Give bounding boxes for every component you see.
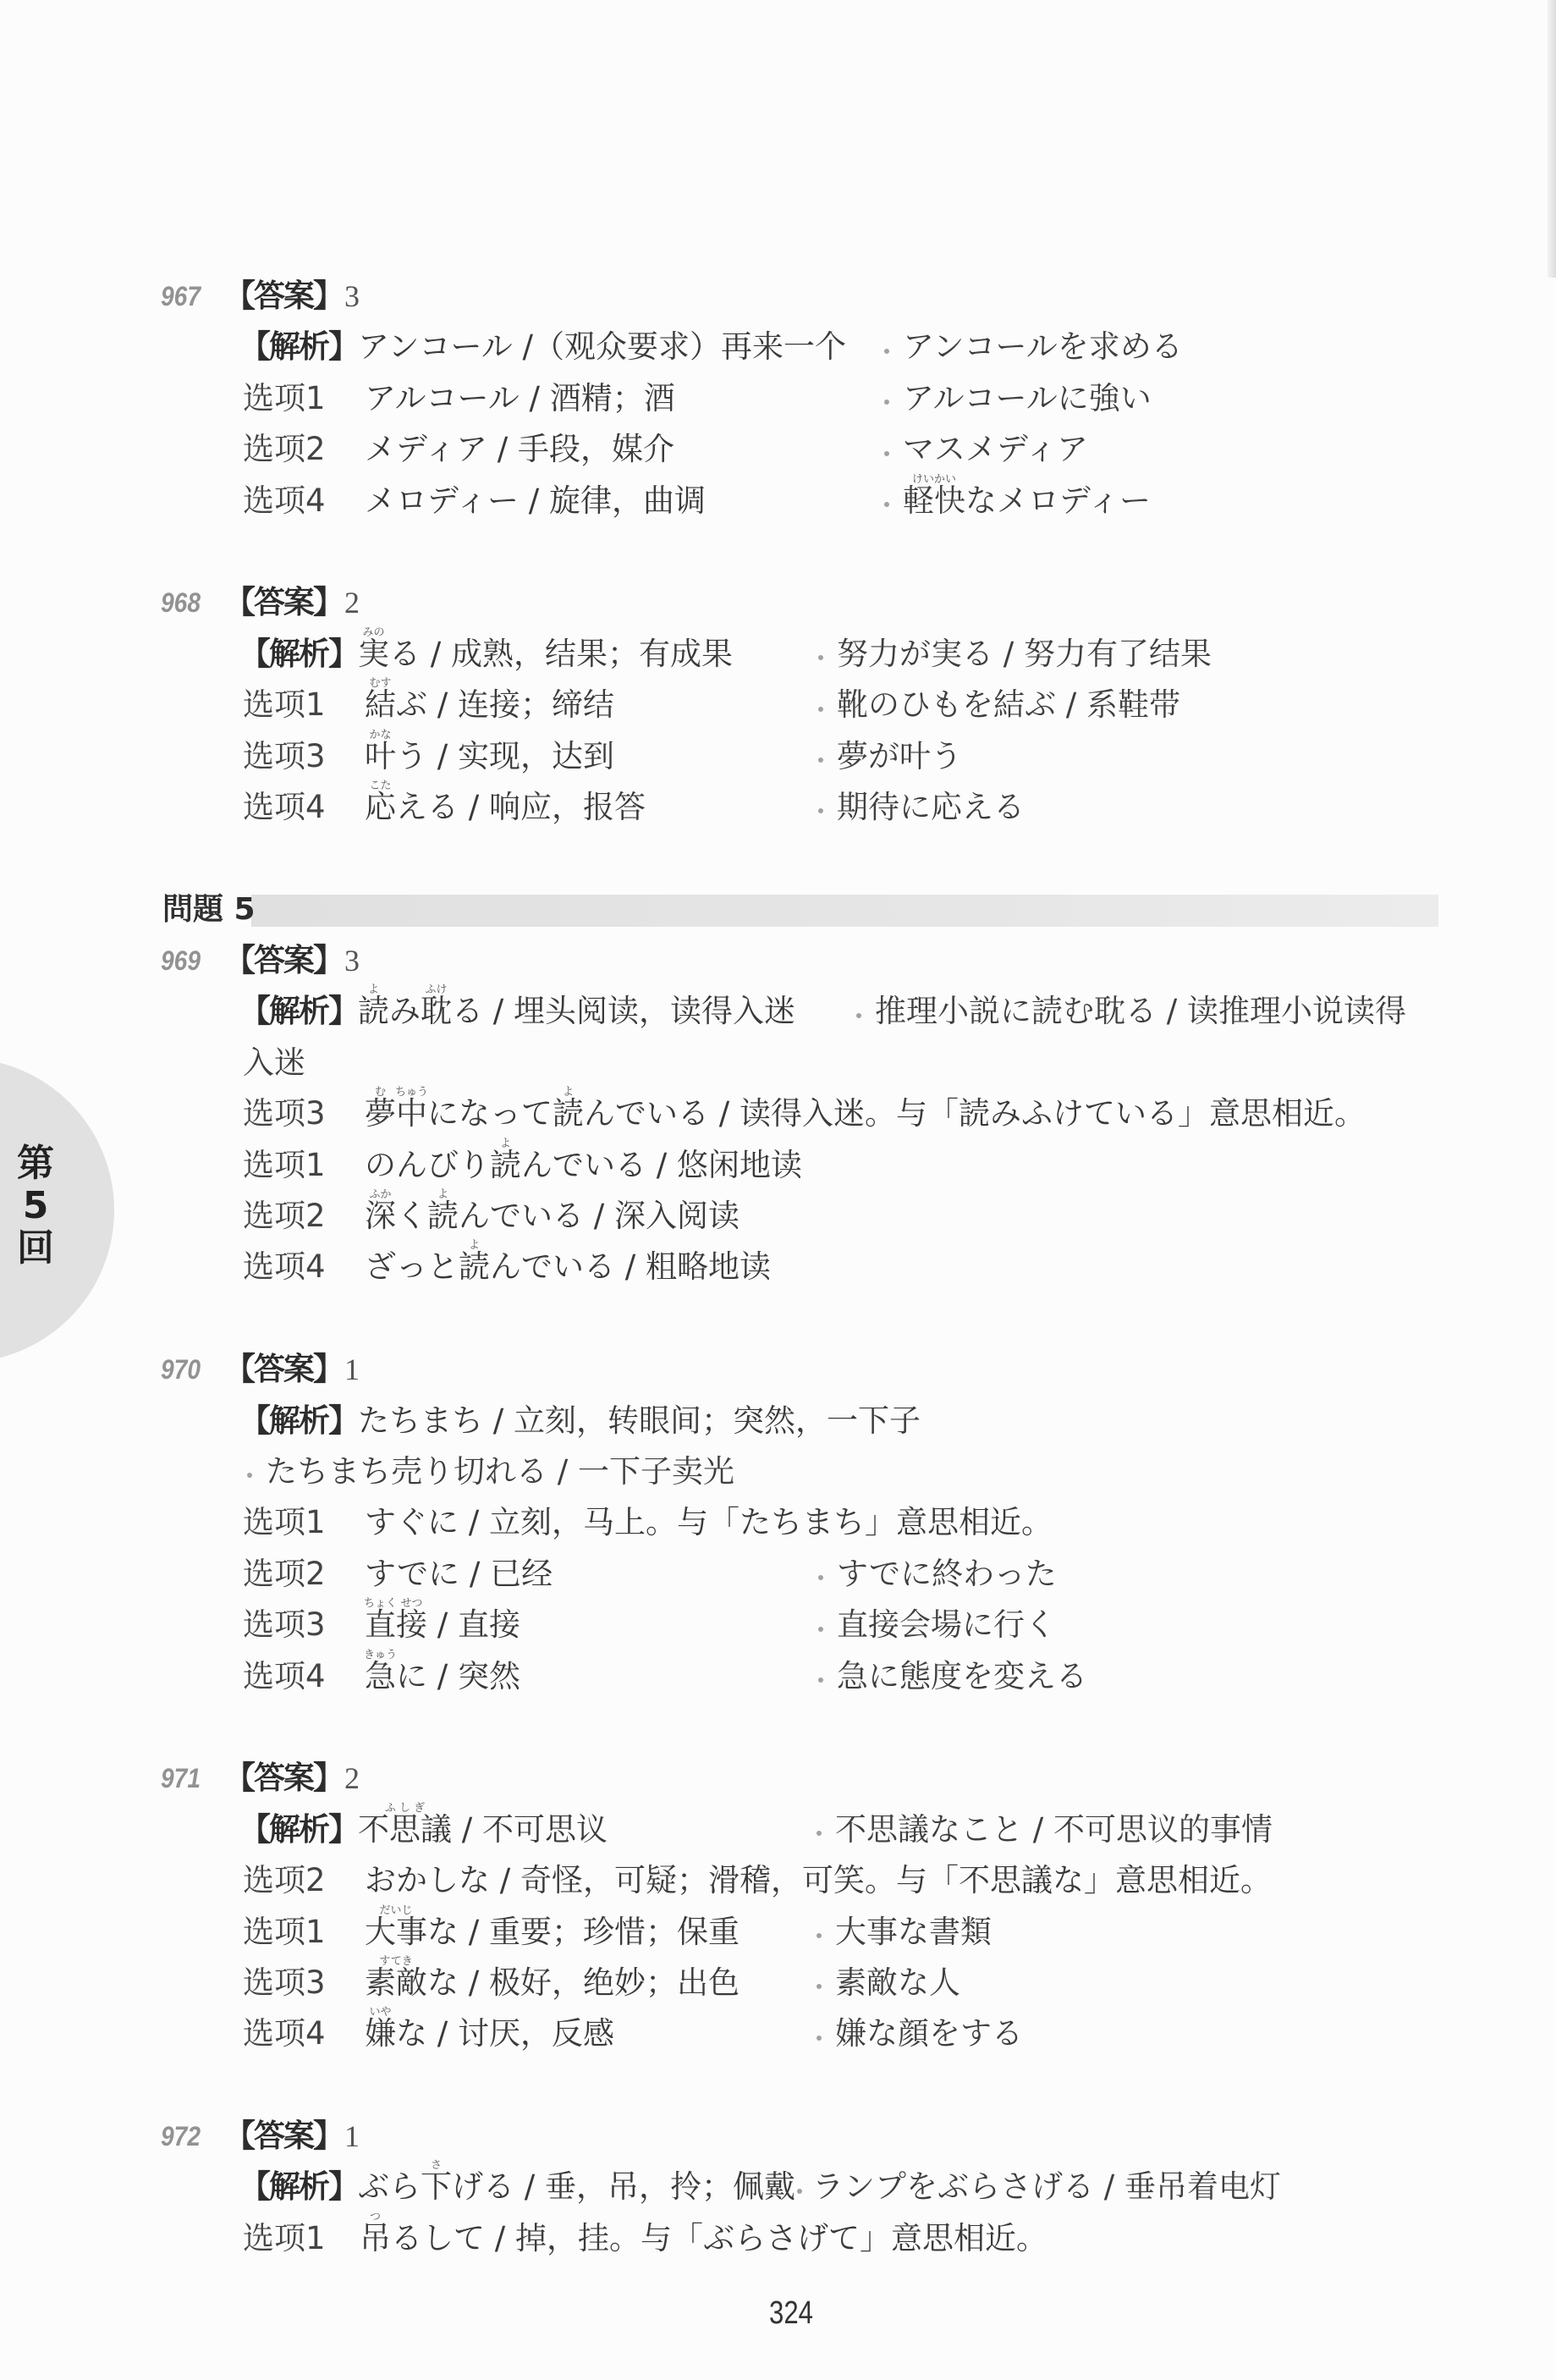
- analysis-term: たちまち / 立刻，转眼间；突然，一下子: [358, 1402, 921, 1439]
- ruby-word: 実みの: [358, 636, 389, 672]
- option-label: 选项4: [243, 476, 326, 526]
- option-text: 大事だいじな / 重要；珍惜；保重: [365, 1907, 740, 1958]
- answer-group: 【答案】3: [224, 271, 360, 322]
- option-text: すぐに / 立刻，马上。与「たちまち」意思相近。: [365, 1497, 1053, 1548]
- furigana: ふ し ぎ: [385, 1803, 425, 1814]
- example-text: ランプをぶらさげる / 垂吊着电灯: [812, 2168, 1281, 2205]
- example-text: 推理小説に読む耽る / 读推理小说读得: [875, 993, 1406, 1029]
- option-label: 选项1: [243, 1907, 326, 1958]
- option-label: 选项2: [243, 1191, 326, 1242]
- option-label: 选项1: [243, 1140, 326, 1191]
- option-line: 选项1 吊つるして / 掉，挂。与「ぶらさげて」意思相近。: [0, 2213, 1556, 2264]
- analysis: 【解析】読よみ耽ふける / 埋头阅读，读得入迷: [239, 986, 795, 1037]
- question-number: 970: [161, 1344, 201, 1395]
- furigana: よ: [563, 1087, 574, 1098]
- ruby-word: 接せつ: [396, 1606, 427, 1643]
- option-text: 素敵すてきな / 极好，绝妙；出色: [365, 1958, 740, 2008]
- question-number: 968: [161, 577, 201, 628]
- option-label: 选项4: [243, 1651, 326, 1702]
- answer-label: 【答案】: [224, 278, 343, 314]
- option-label: 选项3: [243, 1088, 326, 1139]
- bullet-icon: [245, 1468, 266, 1478]
- answer-label: 【答案】: [224, 1760, 343, 1796]
- example: すでに終わった: [816, 1549, 1057, 1600]
- option-line: 选项2 すでに / 已经 すでに終わった: [0, 1549, 1556, 1600]
- option-line: 选项4 ざっと読よんでいる / 粗略地读: [0, 1242, 1556, 1292]
- question-header: 972 【答案】1: [0, 2111, 1556, 2162]
- ruby-word: 下さ: [421, 2168, 452, 2205]
- example-text: 急に態度を変える: [837, 1658, 1087, 1694]
- option-line: 选项2 メディア / 手段，媒介 マスメディア: [0, 424, 1556, 475]
- analysis-line: 【解析】実みのる / 成熟，结果；有成果 努力が実る / 努力有了结果: [0, 629, 1556, 680]
- ruby-word: 叶かな: [365, 738, 396, 774]
- option-label: 选项3: [243, 1958, 326, 2008]
- example-text: 大事な書類: [835, 1914, 992, 1950]
- page-number: 324: [763, 2295, 819, 2332]
- option-label: 选项2: [243, 424, 326, 475]
- question-number: 969: [161, 935, 201, 986]
- ruby-word: 応こた: [365, 789, 396, 825]
- furigana: よ: [500, 1138, 511, 1149]
- analysis-line: 【解析】アンコール /（观众要求）再来一个 アンコールを求める: [0, 322, 1556, 372]
- answer-group: 【答案】1: [224, 2111, 360, 2162]
- furigana: よ: [368, 984, 379, 995]
- analysis-line: 【解析】たちまち / 立刻，转眼间；突然，一下子: [0, 1396, 1556, 1446]
- analysis-label: 【解析】: [239, 328, 358, 365]
- option-text: 吊つるして / 掉，挂。与「ぶらさげて」意思相近。: [360, 2213, 1047, 2264]
- page-edge-shadow: [1548, 0, 1556, 278]
- question-header: 969 【答案】3: [0, 935, 1556, 986]
- option-label: 选项1: [243, 2213, 326, 2264]
- bullet-icon: [816, 1570, 837, 1580]
- option-label: 选项1: [243, 680, 326, 730]
- bullet-icon: [816, 752, 837, 763]
- option-line: 选项3 素敵すてきな / 极好，绝妙；出色 素敵な人: [0, 1958, 1556, 2008]
- bullet-icon: [815, 1979, 835, 1989]
- example-text: 夢が叶う: [837, 738, 962, 774]
- answer-value: 3: [344, 279, 360, 313]
- furigana: いや: [369, 2007, 391, 2018]
- option-text: アルコール / 酒精；酒: [365, 373, 675, 424]
- option-text: すでに / 已经: [365, 1549, 553, 1600]
- ruby-word: 読よ: [459, 1248, 490, 1285]
- option-line: 选项3 直ちょく接せつ / 直接 直接会場に行く: [0, 1600, 1556, 1650]
- option-text: 応こたえる / 响应，报答: [365, 782, 646, 833]
- analysis-term: ぶら下さげる / 垂，吊，拎；佩戴: [358, 2168, 795, 2205]
- option-line: 选项4 応こたえる / 响应，报答 期待に応える: [0, 782, 1556, 833]
- example: 不思議なこと / 不可思议的事情: [815, 1804, 1273, 1855]
- analysis-line: 【解析】読よみ耽ふける / 埋头阅读，读得入迷 推理小説に読む耽る / 读推理小…: [0, 986, 1556, 1037]
- answer-explanations: 967 【答案】3 【解析】アンコール /（观众要求）再来一个 アンコールを求め…: [0, 271, 1556, 2264]
- bullet-icon: [815, 1928, 835, 1938]
- example: 推理小説に読む耽る / 读推理小说读得: [855, 986, 1406, 1037]
- furigana: けいかい: [912, 474, 956, 485]
- option-line: 选项1 すぐに / 立刻，马上。与「たちまち」意思相近。: [0, 1497, 1556, 1548]
- ruby-word: 読よ: [358, 993, 389, 1029]
- example-text: 嫌な顔をする: [835, 2015, 1023, 2052]
- furigana: かな: [369, 730, 391, 741]
- bullet-icon: [816, 702, 837, 712]
- furigana: さ: [431, 2160, 442, 2171]
- analysis-label: 【解析】: [239, 636, 358, 672]
- example: 努力が実る / 努力有了结果: [816, 629, 1212, 680]
- furigana: ちょく: [364, 1598, 397, 1609]
- option-text: ざっと読よんでいる / 粗略地读: [365, 1242, 771, 1292]
- bullet-icon: [816, 1672, 837, 1683]
- furigana: ふけ: [425, 984, 447, 995]
- answer-label: 【答案】: [224, 584, 343, 620]
- furigana: よ: [437, 1189, 448, 1200]
- option-label: 选项1: [243, 373, 326, 424]
- option-label: 选项4: [243, 2008, 326, 2059]
- ruby-word: 中ちゅう: [396, 1095, 427, 1132]
- option-line: 选项2 深ふかく読よんでいる / 深入阅读: [0, 1191, 1556, 1242]
- bullet-icon: [855, 1008, 875, 1018]
- furigana: むす: [369, 678, 391, 689]
- analysis-label: 【解析】: [239, 1402, 358, 1439]
- example: マスメディア: [882, 424, 1088, 475]
- example: 軽快けいかいなメロディー: [882, 476, 1151, 526]
- analysis-label: 【解析】: [239, 993, 358, 1029]
- example: 大事な書類: [815, 1907, 992, 1958]
- furigana: よ: [469, 1240, 480, 1251]
- analysis: 【解析】アンコール /（观众要求）再来一个: [239, 322, 846, 372]
- analysis-example-line: たちまち売り切れる / 一下子卖光: [0, 1446, 1556, 1497]
- example: 靴のひもを結ぶ / 系鞋带: [816, 680, 1180, 730]
- ruby-word: 読よ: [490, 1147, 521, 1183]
- analysis-term: 実みのる / 成熟，结果；有成果: [358, 636, 733, 672]
- ruby-word: 軽快けいかい: [903, 482, 965, 519]
- answer-label: 【答案】: [224, 1351, 343, 1387]
- answer-value: 1: [344, 1353, 360, 1386]
- option-text: 嫌いやな / 讨厌，反感: [365, 2008, 614, 2059]
- option-line: 选项1 結むすぶ / 连接；缔结 靴のひもを結ぶ / 系鞋带: [0, 680, 1556, 730]
- analysis: 【解析】不思議ふ し ぎ / 不可思议: [239, 1804, 608, 1855]
- answer-group: 【答案】2: [224, 577, 360, 628]
- section-header: 問題 5: [0, 884, 1556, 935]
- furigana: む: [375, 1087, 386, 1098]
- analysis-term: アンコール /（观众要求）再来一个: [358, 328, 846, 365]
- example: ランプをぶらさげる / 垂吊着电灯: [795, 2168, 1281, 2205]
- question-header: 967 【答案】3: [0, 271, 1556, 322]
- ruby-word: 読よ: [427, 1198, 459, 1234]
- option-line: 选项2 おかしな / 奇怪，可疑；滑稽，可笑。与「不思議な」意思相近。: [0, 1855, 1556, 1906]
- option-text: 直ちょく接せつ / 直接: [365, 1600, 520, 1650]
- option-label: 选项2: [243, 1855, 326, 1906]
- furigana: きゅう: [364, 1650, 397, 1661]
- option-text: 結むすぶ / 连接；缔结: [365, 680, 614, 730]
- option-text: 叶かなう / 实现，达到: [365, 731, 614, 782]
- section-instruction-band: [251, 895, 1438, 927]
- answer-value: 3: [344, 944, 360, 978]
- analysis-continuation: 入迷: [0, 1038, 1556, 1088]
- bullet-icon: [815, 2030, 835, 2041]
- example: 急に態度を変える: [816, 1651, 1087, 1702]
- option-line: 选项4 嫌いやな / 讨厌，反感 嫌な顔をする: [0, 2008, 1556, 2059]
- ruby-word: 大事だいじ: [365, 1914, 427, 1950]
- analysis-line: 【解析】ぶら下さげる / 垂，吊，拎；佩戴ランプをぶらさげる / 垂吊着电灯: [0, 2162, 1556, 2212]
- option-label: 选项2: [243, 1549, 326, 1600]
- example-text: すでに終わった: [837, 1556, 1057, 1592]
- question-header: 968 【答案】2: [0, 577, 1556, 628]
- example: たちまち売り切れる / 一下子卖光: [245, 1446, 734, 1497]
- furigana: ちゅう: [395, 1087, 428, 1098]
- option-text: 夢む中ちゅうになって読よんでいる / 读得入迷。与「読みふけている」意思相近。: [365, 1088, 1366, 1139]
- example: アルコールに強い: [882, 373, 1152, 424]
- answer-group: 【答案】3: [224, 935, 360, 986]
- ruby-word: 嫌いや: [365, 2015, 396, 2052]
- example-text: アンコールを求める: [903, 328, 1183, 365]
- question-number: 972: [161, 2111, 201, 2162]
- example: 直接会場に行く: [816, 1600, 1056, 1650]
- question-header: 971 【答案】2: [0, 1753, 1556, 1804]
- option-line: 选项4 メロディー / 旋律，曲调 軽快けいかいなメロディー: [0, 476, 1556, 526]
- ruby-word: 不思議ふ し ぎ: [358, 1811, 452, 1848]
- answer-value: 2: [344, 1761, 360, 1795]
- option-text: のんびり読よんでいる / 悠闲地读: [365, 1140, 802, 1191]
- option-line: 选项4 急きゅうに / 突然 急に態度を変える: [0, 1651, 1556, 1702]
- ruby-word: 吊つ: [360, 2220, 391, 2256]
- bullet-icon: [816, 1622, 837, 1632]
- answer-group: 【答案】2: [224, 1753, 360, 1804]
- furigana: すてき: [379, 1956, 412, 1967]
- option-line: 选项1 アルコール / 酒精；酒 アルコールに強い: [0, 373, 1556, 424]
- example: 素敵な人: [815, 1958, 960, 2008]
- ruby-word: 耽ふけ: [421, 993, 452, 1029]
- analysis-label: 【解析】: [239, 1811, 358, 1848]
- answer-group: 【答案】1: [224, 1344, 360, 1395]
- bullet-icon: [882, 394, 903, 405]
- example-text: 努力が実る / 努力有了结果: [837, 636, 1212, 672]
- analysis-term: 読よみ耽ふける / 埋头阅读，读得入迷: [358, 993, 795, 1029]
- answer-value: 1: [344, 2119, 360, 2153]
- bullet-icon: [795, 2184, 812, 2194]
- question-header: 970 【答案】1: [0, 1344, 1556, 1395]
- example-continuation: 入迷: [243, 1038, 305, 1088]
- example-text: マスメディア: [903, 431, 1088, 467]
- option-line: 选项1 のんびり読よんでいる / 悠闲地读: [0, 1140, 1556, 1191]
- example-text: 直接会場に行く: [837, 1606, 1056, 1643]
- option-text: おかしな / 奇怪，可疑；滑稽，可笑。与「不思議な」意思相近。: [365, 1855, 1272, 1906]
- example-text: 素敵な人: [835, 1964, 960, 2001]
- option-line: 选项3 叶かなう / 实现，达到 夢が叶う: [0, 731, 1556, 782]
- option-line: 选项3 夢む中ちゅうになって読よんでいる / 读得入迷。与「読みふけている」意思…: [0, 1088, 1556, 1139]
- example-text: 軽快けいかいなメロディー: [903, 482, 1151, 519]
- analysis-term: 不思議ふ し ぎ / 不可思议: [358, 1811, 608, 1848]
- analysis-label: 【解析】: [239, 2168, 358, 2205]
- option-text: メロディー / 旋律，曲调: [365, 476, 706, 526]
- section-title: 問題 5: [162, 884, 256, 935]
- example: 嫌な顔をする: [815, 2008, 1023, 2059]
- bullet-icon: [816, 803, 837, 813]
- option-text: 急きゅうに / 突然: [365, 1651, 520, 1702]
- example: 夢が叶う: [816, 731, 962, 782]
- option-label: 选项4: [243, 1242, 326, 1292]
- bullet-icon: [882, 446, 903, 456]
- ruby-word: 直ちょく: [365, 1606, 396, 1643]
- option-label: 选项4: [243, 782, 326, 833]
- furigana: つ: [370, 2212, 381, 2223]
- furigana: こた: [369, 780, 391, 791]
- furigana: せつ: [400, 1598, 422, 1609]
- answer-label: 【答案】: [224, 942, 343, 978]
- analysis: 【解析】たちまち / 立刻，转眼间；突然，一下子: [239, 1396, 921, 1446]
- bullet-icon: [816, 650, 837, 660]
- ruby-word: 読よ: [553, 1095, 584, 1132]
- example-text: 不思議なこと / 不可思议的事情: [835, 1811, 1273, 1848]
- furigana: だいじ: [379, 1905, 412, 1916]
- bullet-icon: [882, 497, 903, 507]
- analysis-line: 【解析】不思議ふ し ぎ / 不可思议 不思議なこと / 不可思议的事情: [0, 1804, 1556, 1855]
- answer-value: 2: [344, 586, 360, 620]
- option-line: 选项1 大事だいじな / 重要；珍惜；保重 大事な書類: [0, 1907, 1556, 1958]
- example-text: アルコールに強い: [903, 380, 1152, 416]
- option-label: 选项3: [243, 1600, 326, 1650]
- ruby-word: 夢む: [365, 1095, 396, 1132]
- analysis: 【解析】ぶら下さげる / 垂，吊，拎；佩戴ランプをぶらさげる / 垂吊着电灯: [239, 2162, 1281, 2212]
- option-label: 选项3: [243, 731, 326, 782]
- answer-label: 【答案】: [224, 2118, 343, 2154]
- analysis: 【解析】実みのる / 成熟，结果；有成果: [239, 629, 733, 680]
- furigana: みの: [362, 627, 384, 638]
- example: アンコールを求める: [882, 322, 1183, 372]
- ruby-word: 素敵すてき: [365, 1964, 427, 2001]
- example-text: 靴のひもを結ぶ / 系鞋带: [837, 686, 1180, 723]
- question-number: 967: [161, 271, 201, 322]
- option-text: 深ふかく読よんでいる / 深入阅读: [365, 1191, 740, 1242]
- option-label: 选项1: [243, 1497, 326, 1548]
- ruby-word: 結むす: [365, 686, 396, 723]
- example: 期待に応える: [816, 782, 1025, 833]
- question-number: 971: [161, 1753, 201, 1804]
- option-text: メディア / 手段，媒介: [365, 424, 674, 475]
- example-text: たちまち売り切れる / 一下子卖光: [266, 1453, 734, 1490]
- furigana: ふか: [369, 1189, 391, 1200]
- ruby-word: 深ふか: [365, 1198, 396, 1234]
- bullet-icon: [882, 344, 903, 354]
- ruby-word: 急きゅう: [365, 1658, 396, 1694]
- example-text: 期待に応える: [837, 789, 1025, 825]
- bullet-icon: [815, 1826, 835, 1836]
